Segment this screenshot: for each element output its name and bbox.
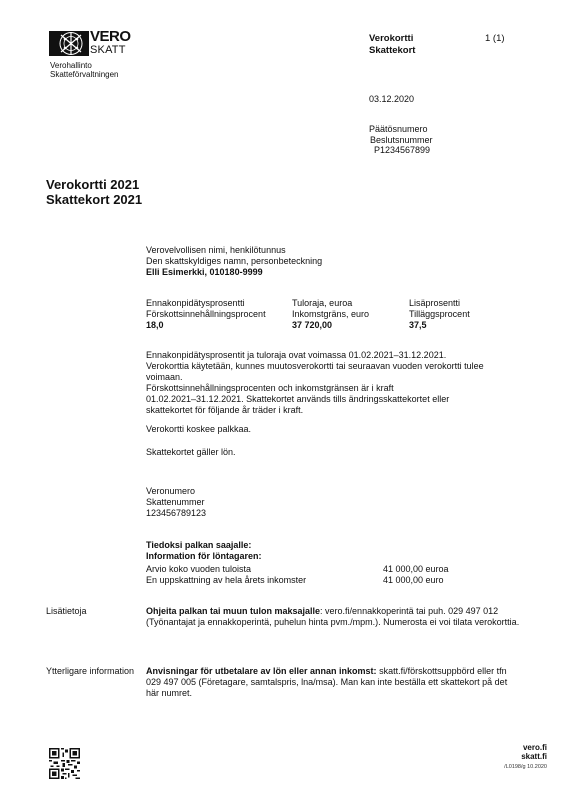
withholding-rate-label-fi: Ennakonpidätysprosentti bbox=[146, 298, 292, 309]
additional-rate-value: 37,5 bbox=[409, 320, 529, 331]
additional-info-fi: Ohjeita palkan tai muun tulon maksajalle… bbox=[146, 606, 521, 628]
validity-fi-line: Verokorttia käytetään, kunnes muutosvero… bbox=[146, 361, 536, 372]
withholding-rate-value: 18,0 bbox=[146, 320, 292, 331]
additional-info-label-sv: Ytterligare information bbox=[46, 666, 134, 677]
page-title: Verokortti 2021 Skattekort 2021 bbox=[46, 177, 142, 207]
organization-name-sv: Skatteförvaltningen bbox=[50, 70, 119, 79]
earner-info-row: En uppskattning av hela årets inkomster … bbox=[146, 575, 536, 586]
form-code: /L0198/g 10.2020 bbox=[450, 764, 547, 771]
taxpayer-value: Elli Esimerkki, 010180-9999 bbox=[146, 267, 322, 278]
decision-number: Päätösnumero Beslutsnummer P1234567899 bbox=[369, 124, 433, 156]
validity-sv-line: 01.02.2021–31.12.2021. Skattekortet anvä… bbox=[146, 394, 536, 405]
earner-info-label: En uppskattning av hela årets inkomster bbox=[146, 575, 383, 586]
withholding-rate: Ennakonpidätysprosentti Förskottsinnehål… bbox=[146, 298, 292, 331]
vero-logo: VERO SKATT bbox=[49, 31, 121, 56]
income-limit-label-sv: Inkomstgräns, euro bbox=[292, 309, 409, 320]
income-limit-value: 37 720,00 bbox=[292, 320, 409, 331]
validity-sv-line: Förskottsinnehållningsprocenten och inko… bbox=[146, 383, 536, 394]
page-number: 1 (1) bbox=[485, 33, 505, 44]
decision-value: P1234567899 bbox=[369, 145, 433, 156]
document-type: Verokortti Skattekort bbox=[369, 33, 415, 56]
logo-text-vero: VERO bbox=[90, 29, 131, 44]
vero-emblem-icon bbox=[49, 31, 89, 56]
additional-rate-label-sv: Tilläggsprocent bbox=[409, 309, 529, 320]
validity-text: Ennakonpidätysprosentit ja tuloraja ovat… bbox=[146, 350, 536, 416]
validity-fi-line: Ennakonpidätysprosentit ja tuloraja ovat… bbox=[146, 350, 536, 361]
page-title-sv: Skattekort 2021 bbox=[46, 192, 142, 207]
tax-number-label-sv: Skattenummer bbox=[146, 497, 206, 508]
logo-text-skatt: SKATT bbox=[90, 44, 126, 56]
income-limit-label-fi: Tuloraja, euroa bbox=[292, 298, 409, 309]
decision-label-fi: Päätösnumero bbox=[369, 124, 433, 135]
validity-sv-line: skattekortet för följande år träder i kr… bbox=[146, 405, 536, 416]
validity-fi-line: voimaan. bbox=[146, 372, 536, 383]
page-title-fi: Verokortti 2021 bbox=[46, 177, 142, 192]
earner-info-label: Arvio koko vuoden tuloista bbox=[146, 564, 383, 575]
decision-label-sv: Beslutsnummer bbox=[369, 135, 433, 146]
document-type-sv: Skattekort bbox=[369, 45, 415, 57]
additional-rate: Lisäprosentti Tilläggsprocent 37,5 bbox=[409, 298, 529, 331]
additional-info-sv: Anvisningar för utbetalare av lön eller … bbox=[146, 666, 521, 699]
taxpayer-label-fi: Verovelvollisen nimi, henkilötunnus bbox=[146, 245, 322, 256]
earner-info-value: 41 000,00 euroa bbox=[383, 564, 449, 575]
additional-info-heading-sv: Anvisningar för utbetalare av lön eller … bbox=[146, 666, 377, 676]
earner-info-heading-sv: Information för löntagaren: bbox=[146, 551, 536, 562]
footer-link-skatt[interactable]: skatt.fi bbox=[450, 752, 547, 761]
rates-section: Ennakonpidätysprosentti Förskottsinnehål… bbox=[146, 298, 536, 331]
organization-name: Verohallinto Skatteförvaltningen bbox=[50, 61, 119, 79]
qr-code-icon bbox=[49, 748, 80, 779]
document-type-fi: Verokortti bbox=[369, 33, 415, 45]
additional-rate-label-fi: Lisäprosentti bbox=[409, 298, 529, 309]
earner-info-row: Arvio koko vuoden tuloista 41 000,00 eur… bbox=[146, 564, 536, 575]
income-limit: Tuloraja, euroa Inkomstgräns, euro 37 72… bbox=[292, 298, 409, 331]
applies-to-sv: Skattekortet gäller lön. bbox=[146, 447, 236, 458]
taxpayer-label-sv: Den skattskyldiges namn, personbetecknin… bbox=[146, 256, 322, 267]
taxpayer-section: Verovelvollisen nimi, henkilötunnus Den … bbox=[146, 245, 322, 278]
earner-info-value: 41 000,00 euro bbox=[383, 575, 444, 586]
tax-number-value: 123456789123 bbox=[146, 508, 206, 519]
applies-to-fi: Verokortti koskee palkkaa. bbox=[146, 424, 251, 435]
earner-info-section: Tiedoksi palkan saajalle: Information fö… bbox=[146, 540, 536, 586]
organization-name-fi: Verohallinto bbox=[50, 61, 119, 70]
tax-number-label-fi: Veronumero bbox=[146, 486, 206, 497]
earner-info-heading-fi: Tiedoksi palkan saajalle: bbox=[146, 540, 536, 551]
document-date: 03.12.2020 bbox=[369, 94, 414, 105]
footer-links: vero.fi skatt.fi bbox=[450, 743, 547, 761]
additional-info-label-fi: Lisätietoja bbox=[46, 606, 87, 617]
additional-info-heading-fi: Ohjeita palkan tai muun tulon maksajalle bbox=[146, 606, 320, 616]
footer-link-vero[interactable]: vero.fi bbox=[450, 743, 547, 752]
tax-number-section: Veronumero Skattenummer 123456789123 bbox=[146, 486, 206, 519]
withholding-rate-label-sv: Förskottsinnehållningsprocent bbox=[146, 309, 292, 320]
